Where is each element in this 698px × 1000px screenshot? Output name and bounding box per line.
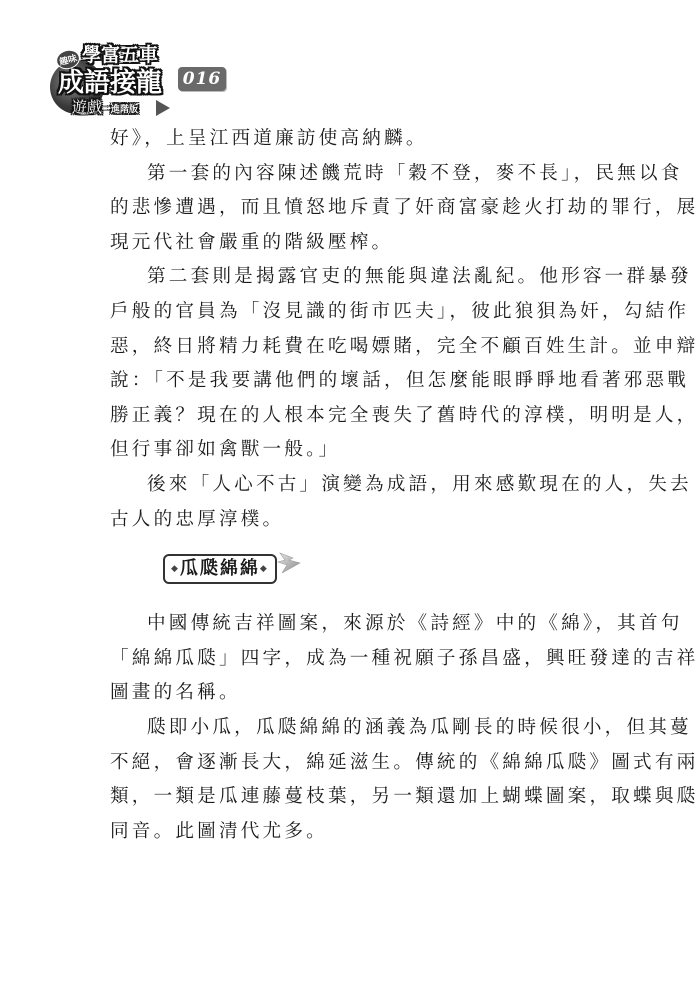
text-line: 第二套則是揭露官吏的無能與違法亂紀。他形容一群暴發 — [110, 260, 590, 295]
text-line: 同音。此圖清代尤多。 — [110, 815, 590, 850]
page-body: 好》，上呈江西道廉訪使高納麟。 第一套的內容陳述饑荒時「穀不登，麥不長」，民無以… — [110, 122, 590, 849]
text-line: 中國傳統吉祥圖案，來源於《詩經》中的《綿》，其首句 — [110, 607, 590, 642]
paragraph-1: 好》，上呈江西道廉訪使高納麟。 — [110, 122, 590, 157]
diamond-bullet-icon: ◆ — [260, 564, 269, 574]
section-paragraph-1: 中國傳統吉祥圖案，來源於《詩經》中的《綿》，其首句 「綿綿瓜瓞」四字，成為一種祝… — [110, 607, 590, 711]
section-heading-row: ◆瓜瓞綿綿◆ — [110, 537, 590, 607]
text-line: 現元代社會嚴重的階級壓榨。 — [110, 226, 590, 261]
text-line: 但行事卻如禽獸一般。」 — [110, 433, 590, 468]
text-line: 的悲慘遭遇，而且憤怒地斥責了奸商富豪趁火打劫的罪行，展 — [110, 191, 590, 226]
text-line: 瓞即小瓜，瓜瓞綿綿的涵義為瓜剛長的時候很小，但其蔓 — [110, 711, 590, 746]
diamond-bullet-icon: ◆ — [171, 564, 180, 574]
section-paragraph-2: 瓞即小瓜，瓜瓞綿綿的涵義為瓜剛長的時候很小，但其蔓 不絕，會逐漸長大，綿延滋生。… — [110, 711, 590, 849]
text-line: 好》，上呈江西道廉訪使高納麟。 — [110, 122, 590, 157]
logo-title-line3: 遊戲一進階版 — [72, 96, 138, 117]
text-line: 「綿綿瓜瓞」四字，成為一種祝願子孫昌盛，興旺發達的吉祥 — [110, 642, 590, 677]
logo-title-line2: 成語接龍 — [58, 62, 162, 99]
text-line: 惡，終日將精力耗費在吃喝嫖賭，完全不顧百姓生計。並申辯 — [110, 330, 590, 365]
text-line: 類，一類是瓜連藤蔓枝葉，另一類還加上蝴蝶圖案，取蝶與瓞 — [110, 780, 590, 815]
paragraph-2: 第一套的內容陳述饑荒時「穀不登，麥不長」，民無以食 的悲慘遭遇，而且憤怒地斥責了… — [110, 157, 590, 261]
paragraph-3: 第二套則是揭露官吏的無能與違法亂紀。他形容一群暴發 戶般的官員為「沒見識的街市匹… — [110, 260, 590, 468]
book-series-logo: 趣味 學富五車 成語接龍 遊戲一進階版 — [44, 38, 176, 120]
text-line: 古人的忠厚淳樸。 — [110, 503, 590, 538]
logo-line3-main: 遊戲 — [72, 98, 102, 116]
text-line: 第一套的內容陳述饑荒時「穀不登，麥不長」，民無以食 — [110, 157, 590, 192]
paragraph-4: 後來「人心不古」演變為成語，用來感歎現在的人，失去 古人的忠厚淳樸。 — [110, 468, 590, 537]
logo-line3-suffix: 一進階版 — [102, 105, 138, 115]
text-line: 說：「不是我要講他們的壞話，但怎麼能眼睜睜地看著邪惡戰 — [110, 364, 590, 399]
text-line: 不絕，會逐漸長大，綿延滋生。傳統的《綿綿瓜瓞》圖式有兩 — [110, 746, 590, 781]
lightning-arrow-icon — [276, 549, 302, 575]
text-line: 戶般的官員為「沒見識的街市匹夫」，彼此狼狽為奸，勾結作 — [110, 295, 590, 330]
section-heading: ◆瓜瓞綿綿◆ — [163, 554, 277, 584]
text-line: 勝正義？現在的人根本完全喪失了舊時代的淳樸，明明是人， — [110, 399, 590, 434]
section-heading-text: 瓜瓞綿綿 — [180, 558, 260, 579]
text-line: 圖畫的名稱。 — [110, 676, 590, 711]
page-number-badge: 016 — [178, 67, 226, 91]
text-line: 後來「人心不古」演變為成語，用來感歎現在的人，失去 — [110, 468, 590, 503]
logo-pointer-icon — [156, 100, 170, 116]
